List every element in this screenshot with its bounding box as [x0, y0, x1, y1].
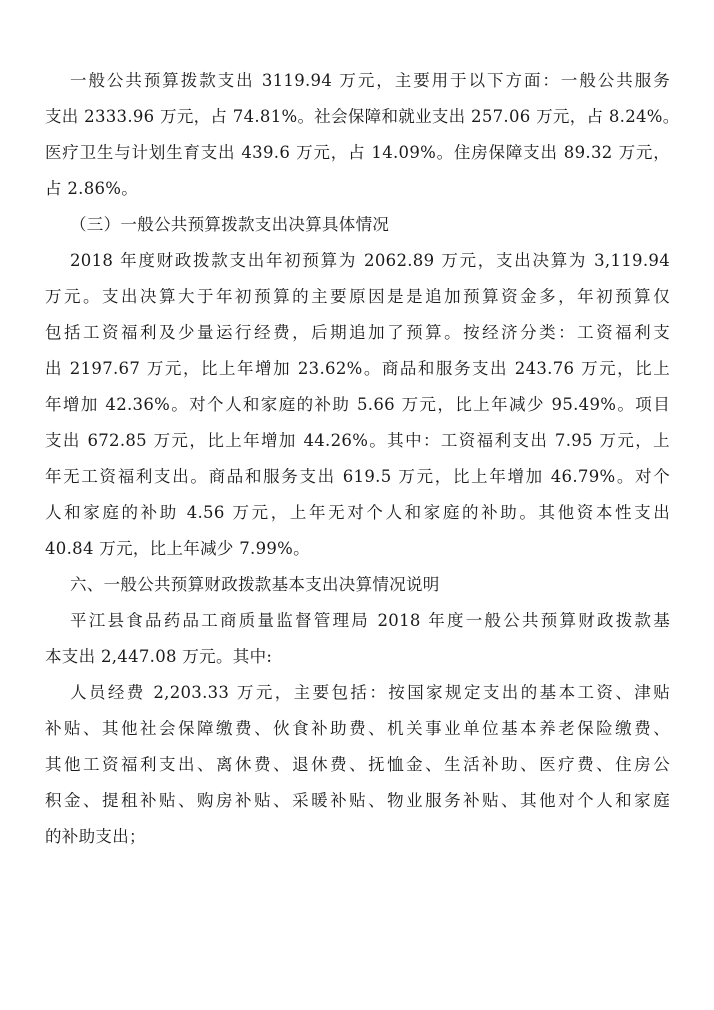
paragraph-4-line-5: 的补助支出； — [45, 826, 670, 848]
paragraph-3-line-2: 本支出 2,447.08 万元。其中: — [45, 646, 670, 668]
paragraph-2-line-3: 包括工资福利及少量运行经费，后期追加了预算。按经济分类：工资福利支 — [45, 322, 670, 344]
paragraph-1-line-3: 医疗卫生与计划生育支出 439.6 万元，占 14.09%。住房保障支出 89.… — [45, 142, 670, 164]
paragraph-2-line-6: 支出 672.85 万元，比上年增加 44.26%。其中：工资福利支出 7.95… — [45, 430, 670, 452]
paragraph-2-line-4: 出 2197.67 万元，比上年增加 23.62%。商品和服务支出 243.76… — [45, 358, 670, 380]
paragraph-2-line-9: 40.84 万元，比上年减少 7.99%。 — [45, 538, 670, 560]
paragraph-3-line-1: 平江县食品药品工商质量监督管理局 2018 年度一般公共预算财政拨款基 — [70, 610, 670, 632]
paragraph-1-line-1: 一般公共预算拨款支出 3119.94 万元，主要用于以下方面：一般公共服务 — [70, 70, 670, 92]
paragraph-2-line-5: 年增加 42.36%。对个人和家庭的补助 5.66 万元，比上年减少 95.49… — [45, 394, 670, 416]
paragraph-4-line-4: 积金、提租补贴、购房补贴、采暖补贴、物业服务补贴、其他对个人和家庭 — [45, 790, 670, 812]
paragraph-4-line-3: 其他工资福利支出、离休费、退休费、抚恤金、生活补助、医疗费、住房公 — [45, 754, 670, 776]
paragraph-2-line-2: 万元。支出决算大于年初预算的主要原因是是追加预算资金多，年初预算仅 — [45, 286, 670, 308]
paragraph-2-line-7: 年无工资福利支出。商品和服务支出 619.5 万元，比上年增加 46.79%。对… — [45, 466, 670, 488]
paragraph-1-line-2: 支出 2333.96 万元，占 74.81%。社会保障和就业支出 257.06 … — [45, 106, 670, 128]
paragraph-4-line-2: 补贴、其他社会保障缴费、伙食补助费、机关事业单位基本养老保险缴费、 — [45, 718, 670, 740]
document-page: 一般公共预算拨款支出 3119.94 万元，主要用于以下方面：一般公共服务 支出… — [0, 0, 714, 1010]
paragraph-1-line-4: 占 2.86%。 — [45, 178, 670, 200]
section-heading-6: 六、一般公共预算财政拨款基本支出决算情况说明 — [70, 574, 670, 596]
paragraph-2-line-8: 人和家庭的补助 4.56 万元，上年无对个人和家庭的补助。其他资本性支出 — [45, 502, 670, 524]
section-heading-3: （三）一般公共预算拨款支出决算具体情况 — [70, 214, 670, 236]
paragraph-4-line-1: 人员经费 2,203.33 万元，主要包括：按国家规定支出的基本工资、津贴 — [70, 682, 670, 704]
paragraph-2-line-1: 2018 年度财政拨款支出年初预算为 2062.89 万元，支出决算为 3,11… — [70, 250, 670, 272]
